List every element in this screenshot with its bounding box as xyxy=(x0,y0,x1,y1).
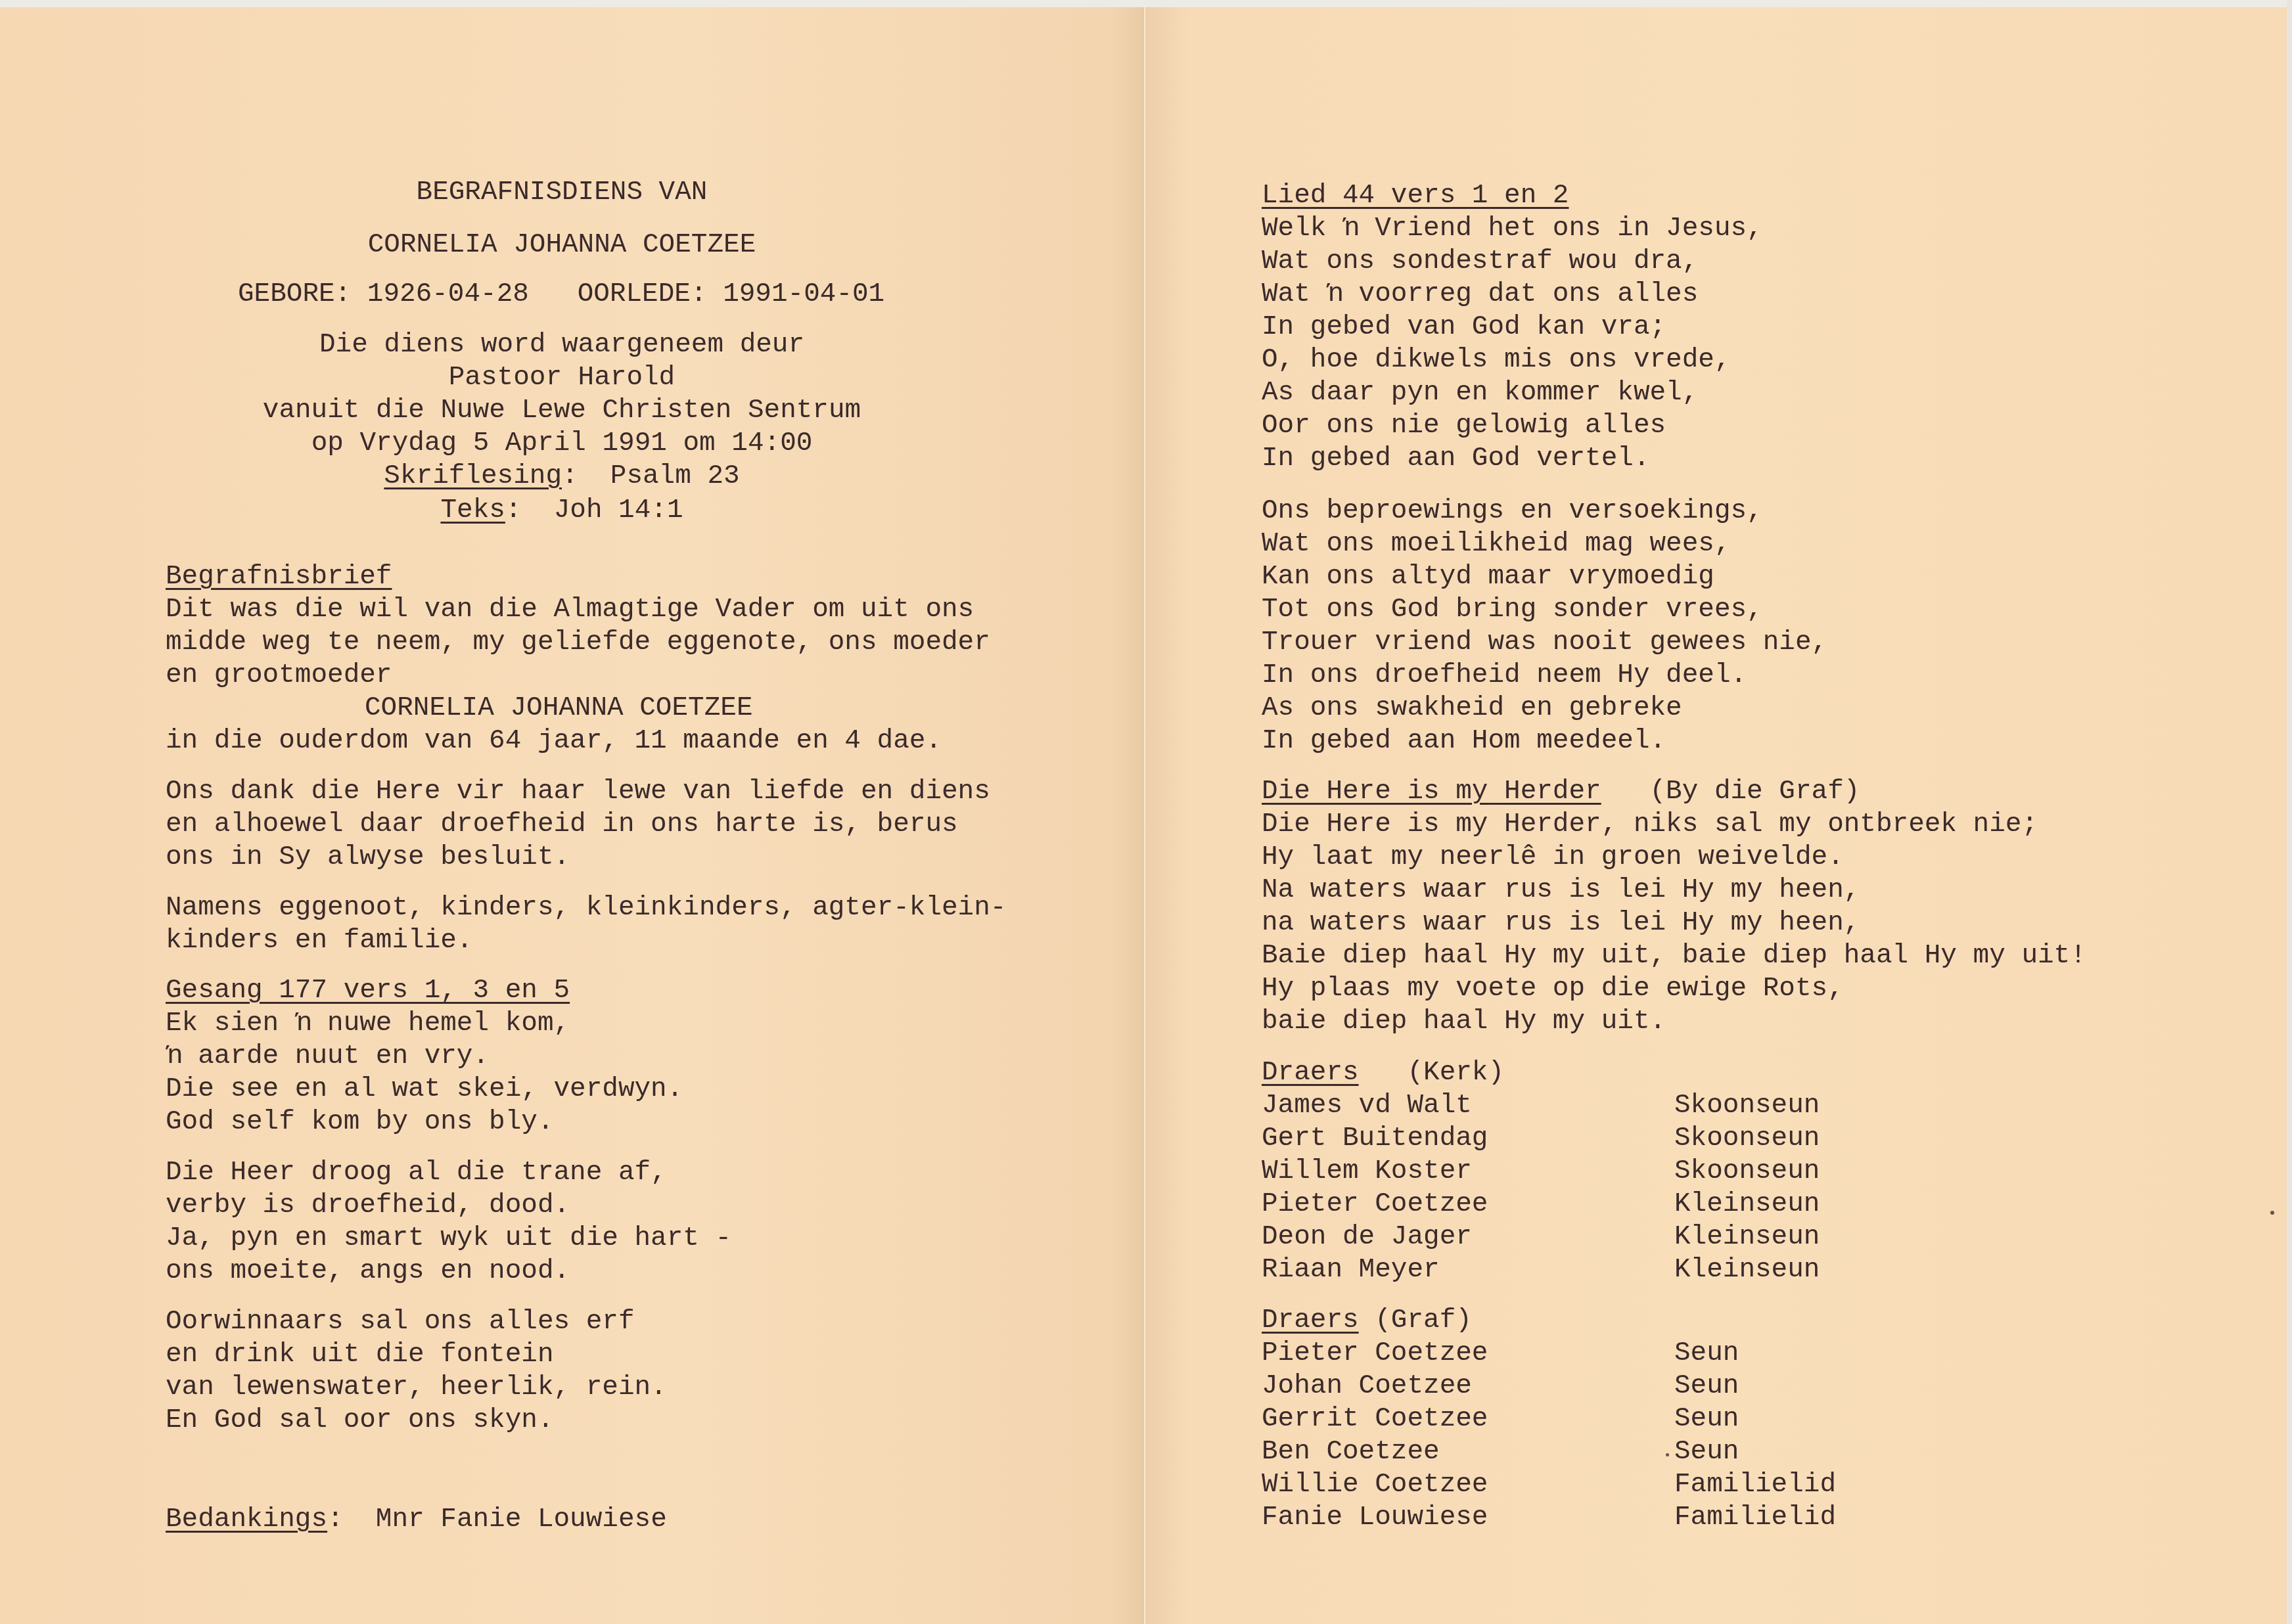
song-line: In gebed van God kan vra; xyxy=(1262,311,1666,344)
text-value: Joh 14:1 xyxy=(554,495,683,526)
thanks-label: Bedankings xyxy=(166,1504,327,1535)
scan-speck xyxy=(2270,1211,2274,1215)
psalm-heading-line: Die Here is my Herder (By die Graf) xyxy=(1262,775,1860,808)
bearers-church-heading-line: Draers (Kerk) xyxy=(1262,1056,1504,1089)
bearer-relation: Seun xyxy=(1674,1403,1739,1435)
hymn-line: en drink uit die fontein xyxy=(166,1338,554,1371)
service-line: vanuit die Nuwe Lewe Christen Sentrum xyxy=(168,394,956,427)
bearer-name: Fanie Louwiese xyxy=(1262,1501,1488,1534)
scan-speck xyxy=(1666,1453,1669,1456)
text-label: Teks xyxy=(440,495,505,526)
song-line: Wat ons sondestraf wou dra, xyxy=(1262,245,1698,278)
died-date: 1991-04-01 xyxy=(723,279,884,309)
song-line: Oor ons nie gelowig alles xyxy=(1262,409,1666,442)
hymn-line: God self kom by ons bly. xyxy=(166,1106,554,1139)
hymn-line: Ja, pyn en smart wyk uit die hart - xyxy=(166,1222,731,1255)
bearer-name: Pieter Coetzee xyxy=(1262,1337,1488,1370)
bearer-name: Gerrit Coetzee xyxy=(1262,1403,1488,1435)
born-date: 1926-04-28 xyxy=(367,279,529,309)
song-line: As ons swakheid en gebreke xyxy=(1262,692,1682,725)
bearers-grave-heading-line: Draers (Graf) xyxy=(1262,1304,1472,1337)
hymn-line: verby is droefheid, dood. xyxy=(166,1189,570,1222)
psalm-heading: Die Here is my Herder xyxy=(1262,777,1601,807)
hymn-line: ŉ aarde nuut en vry. xyxy=(166,1040,489,1073)
scan-top-edge xyxy=(0,0,2292,7)
bearer-relation: Seun xyxy=(1674,1370,1739,1403)
song-line: Welk ŉ Vriend het ons in Jesus, xyxy=(1262,212,1763,245)
text-line: Teks: Joh 14:1 xyxy=(168,494,956,527)
hymn-heading: Gesang 177 vers 1, 3 en 5 xyxy=(166,974,570,1007)
letter-line: en alhoewel daar droefheid in ons harte … xyxy=(166,808,958,841)
song-line: In ons droefheid neem Hy deel. xyxy=(1262,659,1747,692)
song-line: As daar pyn en kommer kwel, xyxy=(1262,376,1698,409)
hymn-line: Die Heer droog al die trane af, xyxy=(166,1156,667,1189)
hymn-line: Oorwinnaars sal ons alles erf xyxy=(166,1305,635,1338)
page-fold-highlight xyxy=(1144,7,1145,1624)
song-line: In gebed aan Hom meedeel. xyxy=(1262,725,1666,757)
service-line: Pastoor Harold xyxy=(168,361,956,394)
bearer-name: Pieter Coetzee xyxy=(1262,1188,1488,1221)
bearer-relation: Skoonseun xyxy=(1674,1089,1820,1122)
scan-right-edge xyxy=(2287,0,2292,1624)
bearer-relation: Kleinseun xyxy=(1674,1221,1820,1253)
hymn-line: ons moeite, angs en nood. xyxy=(166,1255,570,1288)
song-line: In gebed aan God vertel. xyxy=(1262,442,1650,475)
psalm-line: Na waters waar rus is lei Hy my heen, xyxy=(1262,874,1860,907)
song-line: Tot ons God bring sonder vrees, xyxy=(1262,593,1763,626)
bearer-relation: Skoonseun xyxy=(1674,1122,1820,1155)
song-line: Wat ons moeilikheid mag wees, xyxy=(1262,528,1731,560)
thanks-value: Mnr Fanie Louwiese xyxy=(376,1504,667,1535)
letter-line: en grootmoeder xyxy=(166,659,392,692)
bearer-name: Riaan Meyer xyxy=(1262,1253,1440,1286)
song-line: O, hoe dikwels mis ons vrede, xyxy=(1262,344,1731,376)
bearer-name: Gert Buitendag xyxy=(1262,1122,1488,1155)
bearer-relation: Seun xyxy=(1674,1337,1739,1370)
psalm-note: (By die Graf) xyxy=(1650,777,1860,807)
born-label: GEBORE: xyxy=(238,279,351,309)
letter-line: Dit was die wil van die Almagtige Vader … xyxy=(166,593,974,626)
psalm-line: Hy plaas my voete op die ewige Rots, xyxy=(1262,972,1844,1005)
bearers-grave-heading: Draers xyxy=(1262,1305,1359,1336)
bearer-relation: Kleinseun xyxy=(1674,1188,1820,1221)
bearer-relation: Seun xyxy=(1674,1435,1739,1468)
scripture-label: Skriflesing xyxy=(384,461,562,491)
psalm-line: baie diep haal Hy my uit. xyxy=(1262,1005,1666,1038)
bearer-name: Ben Coetzee xyxy=(1262,1435,1440,1468)
bearer-relation: Kleinseun xyxy=(1674,1253,1820,1286)
bearer-relation: Familielid xyxy=(1674,1501,1836,1534)
song-line: Ons beproewings en versoekings, xyxy=(1262,495,1763,528)
psalm-line: Die Here is my Herder, niks sal my ontbr… xyxy=(1262,808,2038,841)
scripture-line: Skriflesing: Psalm 23 xyxy=(168,460,956,493)
hymn-line: Ek sien ŉ nuwe hemel kom, xyxy=(166,1007,570,1040)
song-line: Kan ons altyd maar vrymoedig xyxy=(1262,560,1714,593)
song-line: Wat ŉ voorreg dat ons alles xyxy=(1262,278,1698,311)
song-line: Trouer vriend was nooit gewees nie, xyxy=(1262,626,1827,659)
bearers-church-heading: Draers xyxy=(1262,1058,1359,1088)
bearer-name: Johan Coetzee xyxy=(1262,1370,1472,1403)
letter-line: kinders en familie. xyxy=(166,924,472,957)
bearers-grave-note: (Graf) xyxy=(1375,1305,1472,1336)
psalm-line: Hy laat my neerlê in groen weivelde. xyxy=(1262,841,1844,874)
bearer-name: Willie Coetzee xyxy=(1262,1468,1488,1501)
letter-heading: Begrafnisbrief xyxy=(166,560,392,593)
bearer-name: Willem Koster xyxy=(1262,1155,1472,1188)
psalm-line: Baie diep haal Hy my uit, baie diep haal… xyxy=(1262,939,2086,972)
died-label: OORLEDE: xyxy=(578,279,707,309)
service-title: BEGRAFNISDIENS VAN xyxy=(168,176,956,209)
bearer-name: Deon de Jager xyxy=(1262,1221,1472,1253)
hymn-line: van lewenswater, heerlik, rein. xyxy=(166,1371,667,1404)
letter-line: ons in Sy alwyse besluit. xyxy=(166,841,570,874)
bearers-church-note: (Kerk) xyxy=(1407,1058,1504,1088)
hymn-line: Die see en al wat skei, verdwyn. xyxy=(166,1073,683,1106)
song-heading: Lied 44 vers 1 en 2 xyxy=(1262,179,1569,212)
bearer-name: James vd Walt xyxy=(1262,1089,1472,1122)
letter-age-line: in die ouderdom van 64 jaar, 11 maande e… xyxy=(166,725,942,757)
psalm-line: na waters waar rus is lei Hy my heen, xyxy=(1262,907,1860,939)
hymn-line: En God sal oor ons skyn. xyxy=(166,1404,554,1437)
service-line: Die diens word waargeneem deur xyxy=(168,328,956,361)
letter-line: Ons dank die Here vir haar lewe van lief… xyxy=(166,775,990,808)
dates-line: GEBORE: 1926-04-28 OORLEDE: 1991-04-01 xyxy=(238,278,884,311)
letter-line: Namens eggenoot, kinders, kleinkinders, … xyxy=(166,891,1006,924)
letter-line: midde weg te neem, my geliefde eggenote,… xyxy=(166,626,990,659)
scripture-value: Psalm 23 xyxy=(610,461,740,491)
thanks-line: Bedankings: Mnr Fanie Louwiese xyxy=(166,1503,667,1536)
bearer-relation: Familielid xyxy=(1674,1468,1836,1501)
service-line: op Vrydag 5 April 1991 om 14:00 xyxy=(168,427,956,460)
bearer-relation: Skoonseun xyxy=(1674,1155,1820,1188)
deceased-name: CORNELIA JOHANNA COETZEE xyxy=(168,229,956,261)
letter-name-line: CORNELIA JOHANNA COETZEE xyxy=(365,692,753,725)
